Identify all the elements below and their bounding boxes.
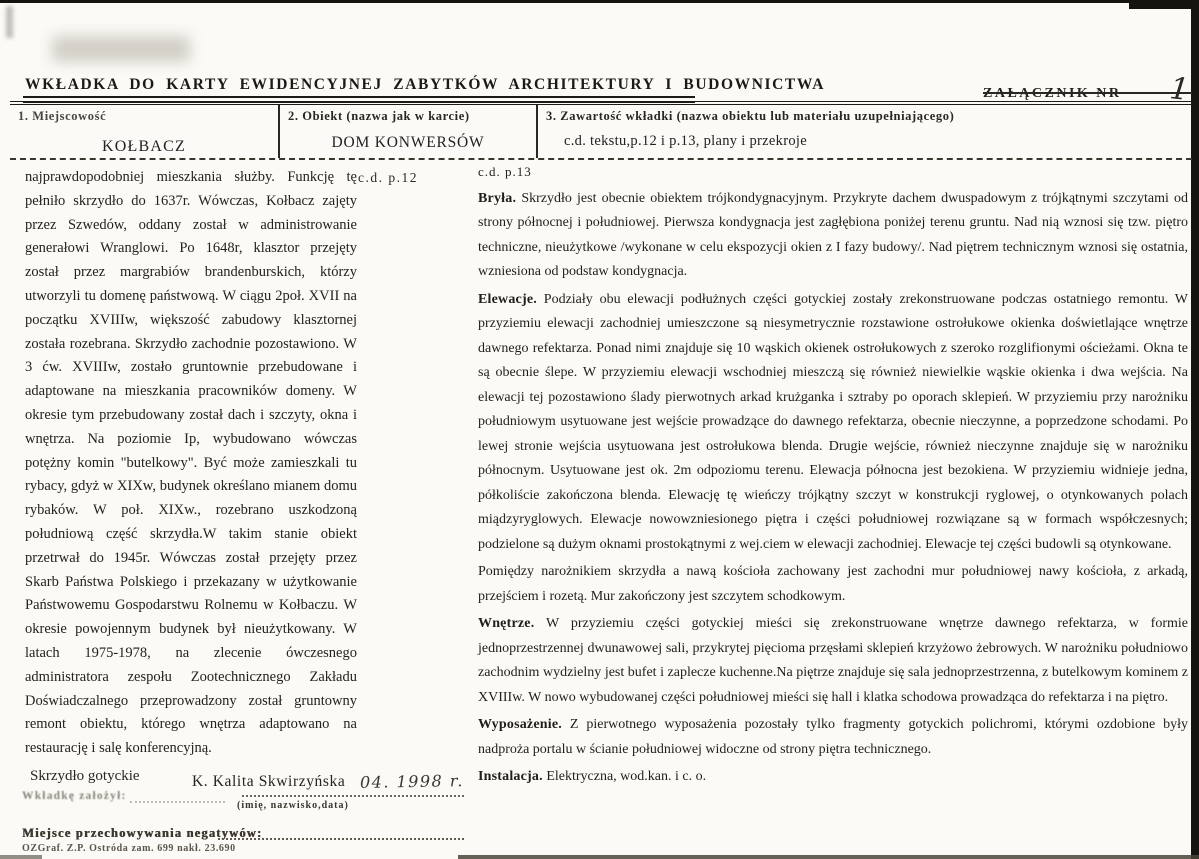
continuation-note-p13: c.d. p.13	[478, 160, 1188, 185]
photo-caption: Skrzydło gotyckie	[30, 768, 140, 785]
scan-artifact-bottom-edge-right	[458, 855, 1199, 859]
paragraph-elewacje: Elewacje. Podziały obu elewacji podłużny…	[478, 288, 1188, 558]
attachment-number-block: ZAŁĄCZNIK NR1	[983, 70, 1189, 105]
paragraph-bryla-text: Skrzydło jest obecnie obiektem trójkondy…	[478, 191, 1188, 280]
scan-artifact-right-edge	[1191, 0, 1199, 859]
scanned-heritage-card: WKŁADKA DO KARTY EWIDENCYJNEJ ZABYTKÓW A…	[0, 0, 1199, 859]
fields-table: 1. Miejscowość KOŁBACZ 2. Obiekt (nazwa …	[10, 101, 1192, 160]
field-miejscowosc: 1. Miejscowość KOŁBACZ	[10, 105, 280, 158]
field-obiekt-label: 2. Obiekt (nazwa jak w karcie)	[288, 109, 528, 124]
right-column-text: c.d. p.13 Bryła. Skrzydło jest obecnie o…	[478, 160, 1188, 793]
signature-caption: (imię, nazwisko,data)	[237, 800, 349, 811]
field-obiekt-value: DOM KONWERSÓW	[288, 134, 528, 152]
paragraph-instalacja: Instalacja. Elektryczna, wod.kan. i c. o…	[478, 765, 1188, 790]
signature-date-handwritten: 04. 1998 r.	[360, 771, 464, 792]
print-shop-imprint: OZGraf. Z.P. Ostróda zam. 699 nakł. 23.6…	[22, 843, 236, 854]
form-title: WKŁADKA DO KARTY EWIDENCYJNEJ ZABYTKÓW A…	[25, 76, 825, 94]
field-miejscowosc-label: 1. Miejscowość	[18, 109, 270, 124]
founder-dotted-line	[130, 801, 225, 803]
paragraph-mur: Pomiędzy narożnikiem skrzydła a nawą koś…	[478, 560, 1188, 609]
paragraph-wyposazenie-text: Z pierwotnego wyposażenia pozostały tylk…	[478, 717, 1188, 757]
field-zawartosc-value: c.d. tekstu,p.12 i p.13, plany i przekro…	[546, 133, 1184, 150]
signature-dotted-line	[242, 795, 464, 797]
paragraph-wnetrze-text: W przyziemiu części gotyckiej mieści się…	[478, 616, 1188, 705]
scan-artifact-bottom-edge-left	[0, 855, 42, 859]
field-zawartosc-label: 3. Zawartość wkładki (nazwa obiektu lub …	[546, 109, 1184, 124]
paragraph-wnetrze-lead: Wnętrze.	[478, 616, 534, 631]
founder-label: Wkładkę założył:	[22, 790, 127, 802]
paragraph-elewacje-lead: Elewacje.	[478, 292, 537, 307]
continuation-note-p12: c.d. p.12	[358, 170, 418, 186]
left-column-text: najprawdopodobniej mieszkania służby. Fu…	[25, 166, 357, 761]
paragraph-bryla-lead: Bryła.	[478, 191, 516, 206]
paragraph-mur-text: Pomiędzy narożnikiem skrzydła a nawą koś…	[478, 564, 1188, 604]
attachment-underline	[983, 92, 1192, 97]
scan-artifact-smudge	[52, 36, 190, 62]
scan-artifact-top-edge	[0, 0, 1199, 3]
field-obiekt: 2. Obiekt (nazwa jak w karcie) DOM KONWE…	[280, 105, 538, 158]
scan-artifact-top-right-corner	[1129, 0, 1199, 9]
paragraph-elewacje-text: Podziały obu elewacji podłużnych części …	[478, 292, 1188, 552]
paragraph-bryla: Bryła. Skrzydło jest obecnie obiektem tr…	[478, 187, 1188, 285]
scan-artifact-left-mark	[6, 6, 13, 38]
field-miejscowosc-value: KOŁBACZ	[18, 138, 270, 156]
paragraph-instalacja-lead: Instalacja.	[478, 769, 543, 784]
paragraph-wyposazenie: Wyposażenie. Z pierwotnego wyposażenia p…	[478, 713, 1188, 762]
negatives-dotted-line	[218, 838, 464, 840]
paragraph-wnetrze: Wnętrze. W przyziemiu części gotyckiej m…	[478, 612, 1188, 710]
field-zawartosc: 3. Zawartość wkładki (nazwa obiektu lub …	[538, 105, 1192, 158]
paragraph-wyposazenie-lead: Wyposażenie.	[478, 717, 562, 732]
signature-name: K. Kalita Skwirzyńska	[192, 773, 345, 791]
paragraph-instalacja-text: Elektryczna, wod.kan. i c. o.	[546, 769, 706, 784]
